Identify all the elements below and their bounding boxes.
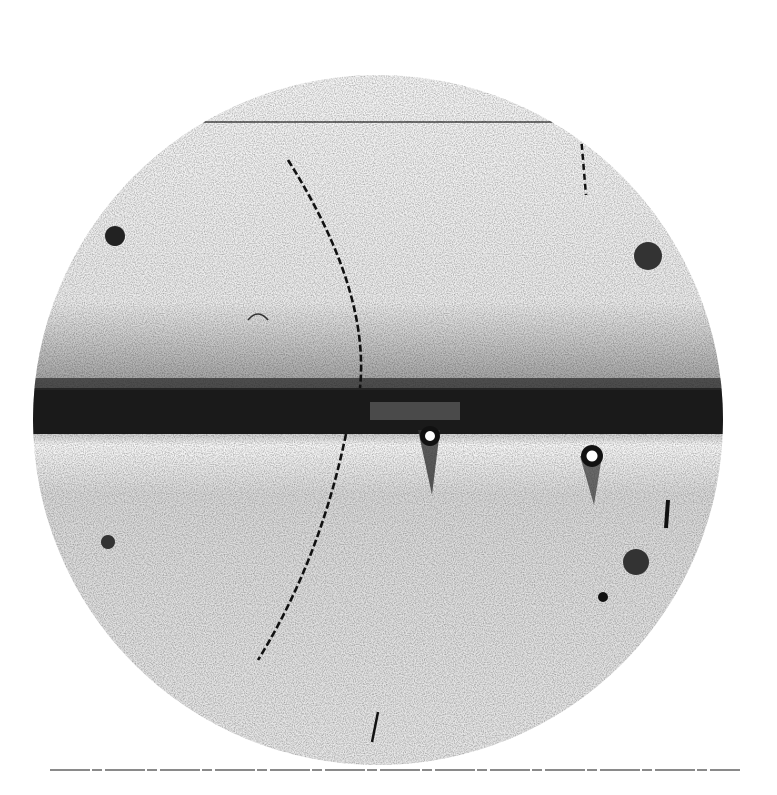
chamber-view: [0, 0, 777, 795]
cloud-chamber-photo: [0, 0, 777, 795]
